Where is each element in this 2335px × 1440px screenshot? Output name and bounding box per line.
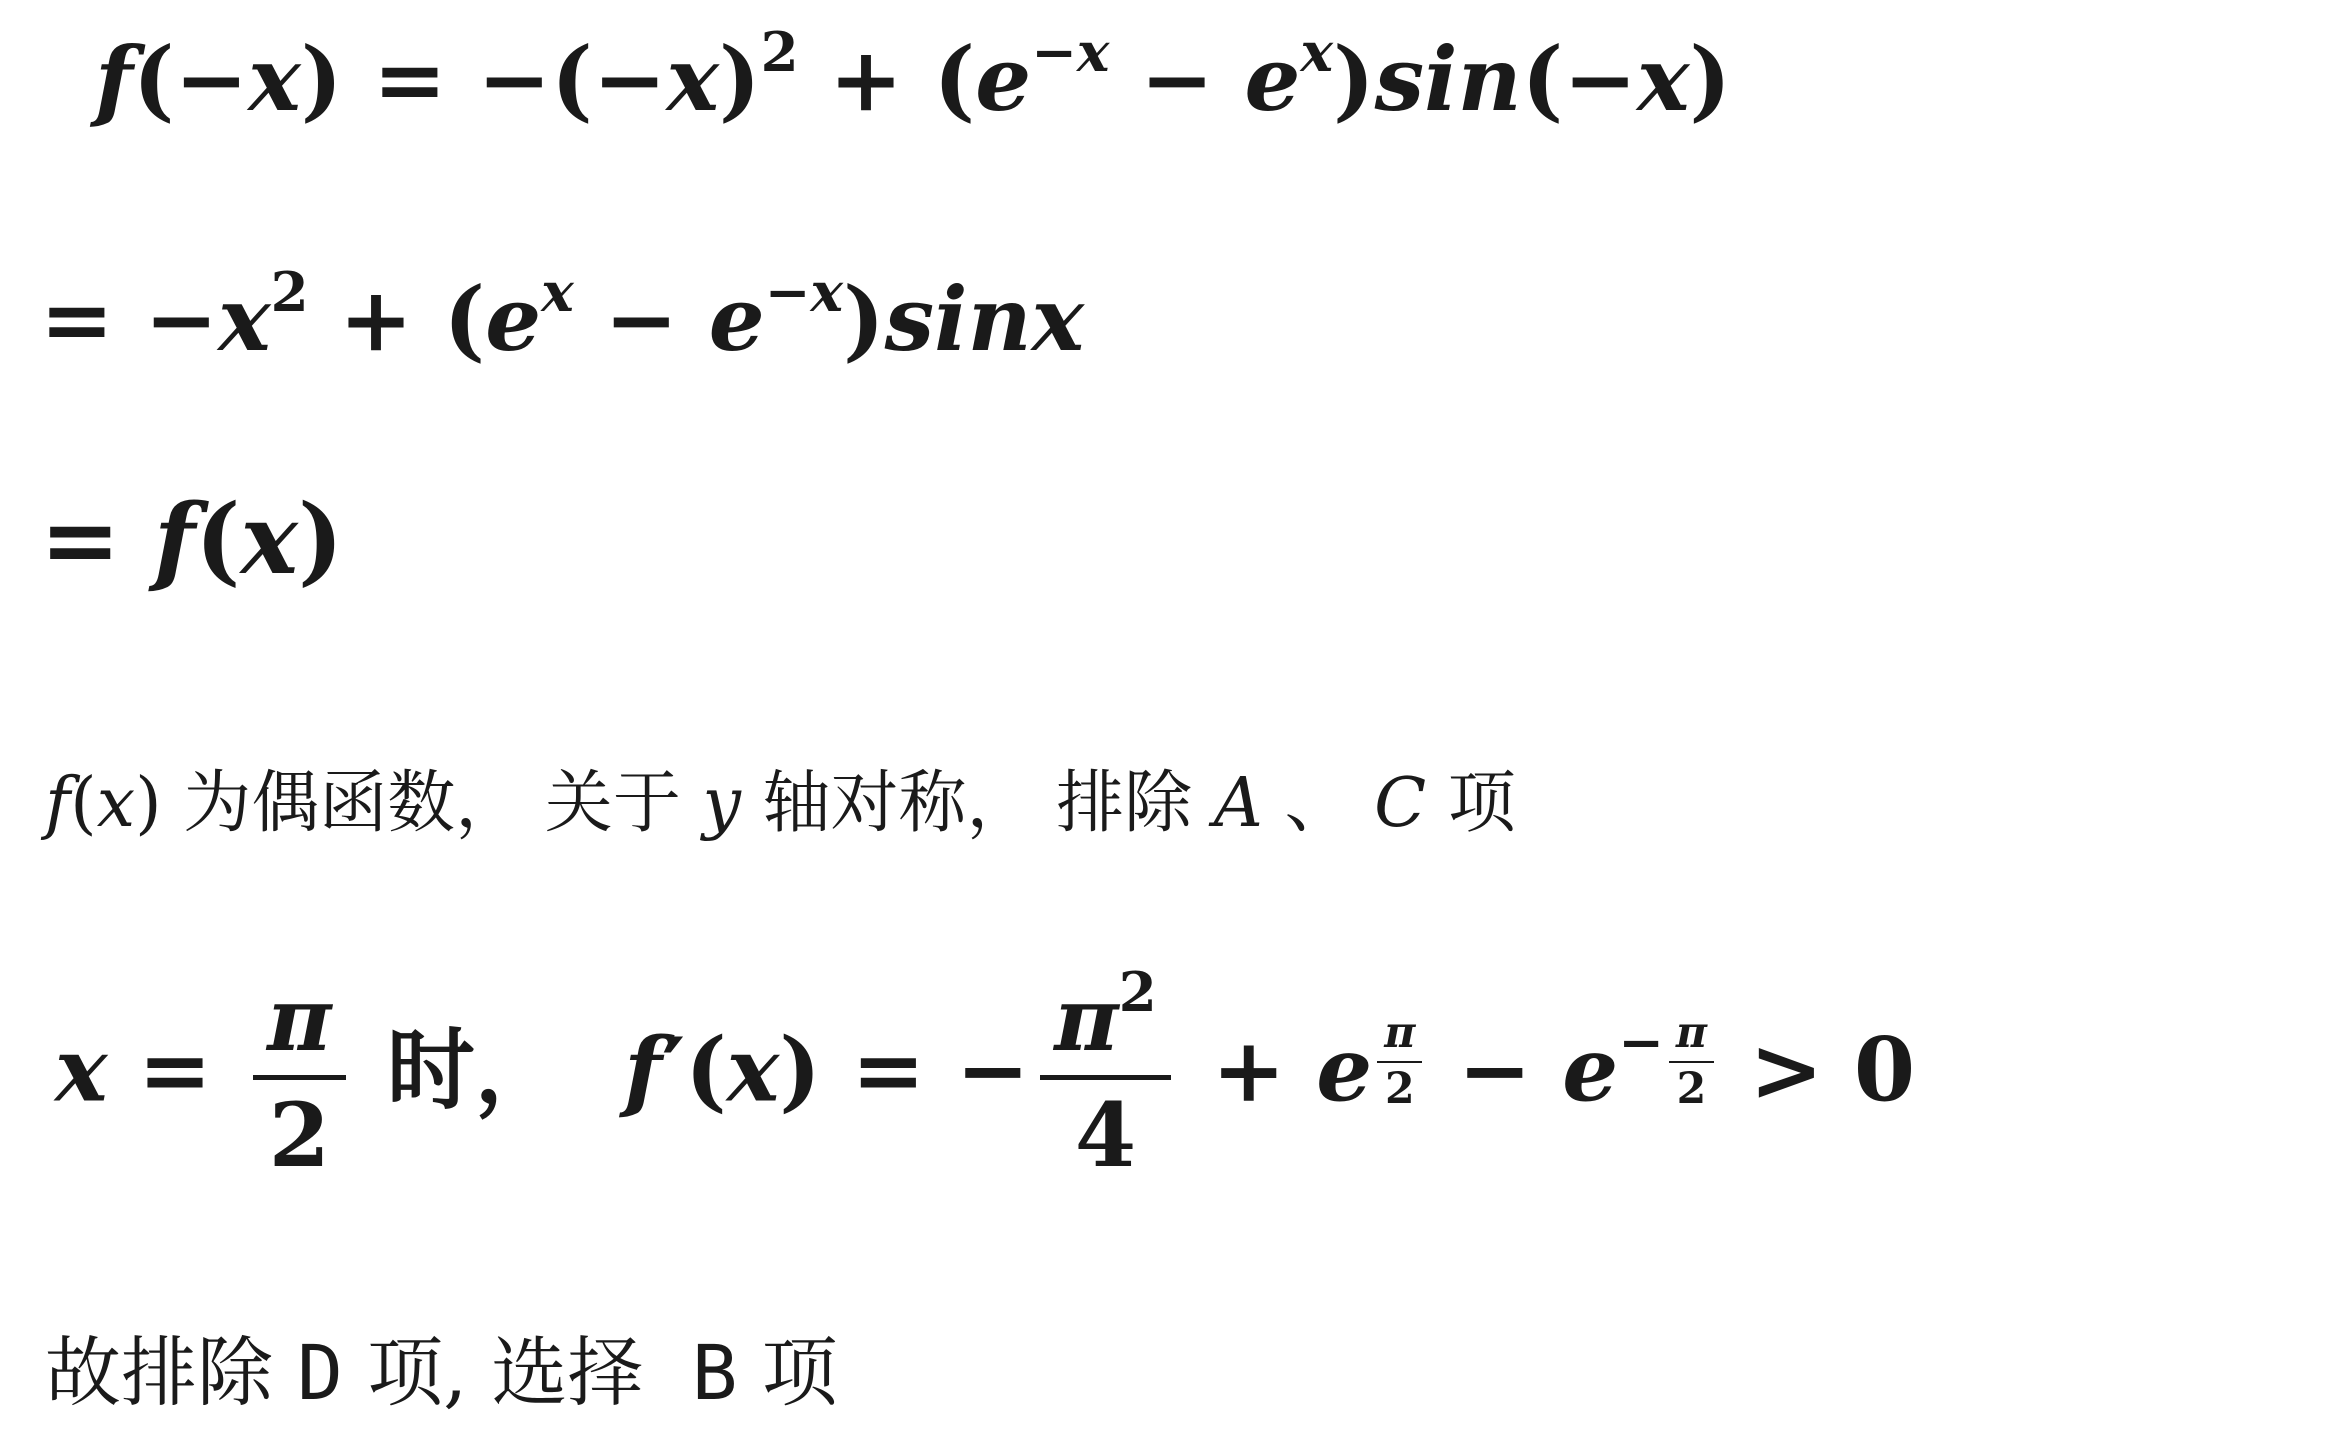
fraction: π2 bbox=[253, 972, 346, 1183]
math-token: x bbox=[248, 27, 300, 131]
fraction-denominator: 2 bbox=[1385, 1063, 1415, 1113]
math-token: ( bbox=[195, 483, 240, 596]
superscript: π2 bbox=[1372, 1010, 1427, 1074]
formula-simplified-expression: = −x2 + (ex − e−x)sinx bbox=[40, 262, 1084, 376]
math-token: = − bbox=[40, 267, 218, 371]
math-token: x bbox=[55, 1017, 107, 1121]
math-token: e bbox=[1244, 27, 1300, 131]
math-token: ) bbox=[298, 483, 343, 596]
math-token: ( bbox=[70, 764, 97, 843]
math-token: y bbox=[702, 764, 740, 843]
math-token: e bbox=[975, 27, 1031, 131]
superscript: x bbox=[541, 260, 574, 324]
math-token: ′( bbox=[662, 1017, 727, 1121]
math-token: ) bbox=[1333, 27, 1375, 131]
superscript: −x bbox=[765, 260, 843, 324]
math-token: ) = − bbox=[779, 1017, 1029, 1121]
math-token: f bbox=[95, 27, 133, 131]
math-token: − bbox=[765, 260, 811, 324]
math-token: 2 bbox=[761, 20, 799, 84]
math-token: x bbox=[810, 260, 843, 324]
math-token: ) bbox=[135, 764, 162, 843]
math-token: e bbox=[1316, 1017, 1372, 1121]
math-token: + ( bbox=[309, 267, 486, 371]
math-token: x bbox=[1077, 20, 1110, 84]
math-token: 故排除 bbox=[45, 1328, 297, 1417]
math-token: ) bbox=[719, 27, 761, 131]
math-token: − bbox=[1427, 1017, 1562, 1121]
fraction-numerator: π bbox=[1377, 1011, 1422, 1063]
math-token: − bbox=[1031, 20, 1077, 84]
fraction-numerator: π2 bbox=[1040, 972, 1171, 1080]
fraction-denominator: 2 bbox=[1677, 1063, 1707, 1113]
superscript: −x bbox=[1031, 20, 1109, 84]
math-token: = bbox=[40, 483, 154, 596]
math-token: ) bbox=[1689, 27, 1731, 131]
math-token: π bbox=[1384, 1008, 1415, 1058]
math-token: 时， bbox=[356, 1017, 624, 1121]
math-token: 项, 选择 bbox=[343, 1328, 692, 1417]
superscript: x bbox=[1300, 20, 1333, 84]
math-token: 2 bbox=[1677, 1064, 1707, 1114]
math-token: sinx bbox=[885, 267, 1084, 371]
math-token: − bbox=[1109, 27, 1244, 131]
superscript: 2 bbox=[271, 260, 309, 324]
fraction-numerator: π bbox=[1669, 1011, 1714, 1063]
fraction-denominator: 4 bbox=[1075, 1080, 1136, 1183]
math-token: x bbox=[541, 260, 574, 324]
fraction: π2 bbox=[1377, 1011, 1422, 1113]
math-token: π bbox=[1676, 1008, 1707, 1058]
fraction-numerator: π bbox=[253, 972, 346, 1080]
fraction-denominator: 2 bbox=[269, 1080, 330, 1183]
math-token: x bbox=[218, 267, 270, 371]
math-token: f bbox=[154, 483, 195, 596]
math-token: B bbox=[692, 1328, 738, 1417]
math-token: 2 bbox=[1119, 960, 1157, 1024]
math-token: 项 bbox=[738, 1328, 838, 1417]
math-token: 2 bbox=[269, 1083, 330, 1187]
math-token: + ( bbox=[799, 27, 976, 131]
formula-f-of-negative-x: f(−x) = −(−x)2 + (e−x − ex)sin(−x) bbox=[95, 22, 1731, 136]
math-token: f bbox=[45, 764, 70, 843]
text-conclusion-choose-b: 故排除 D 项, 选择 B 项 bbox=[45, 1324, 838, 1423]
math-token: x bbox=[1637, 27, 1689, 131]
math-token: > 0 bbox=[1719, 1017, 1915, 1121]
math-token: C bbox=[1374, 764, 1426, 843]
fraction: π24 bbox=[1040, 972, 1171, 1183]
math-token: x bbox=[1300, 20, 1333, 84]
math-token: + bbox=[1181, 1017, 1316, 1121]
superscript: −π2 bbox=[1618, 1010, 1719, 1074]
superscript: 2 bbox=[761, 20, 799, 84]
math-token: x bbox=[727, 1017, 779, 1121]
text-even-function-eliminate-a-c: f(x) 为偶函数， 关于 y 轴对称， 排除 A 、 C 项 bbox=[45, 760, 1516, 848]
solution-page: f(−x) = −(−x)2 + (e−x − ex)sin(−x) = −x2… bbox=[0, 0, 2335, 1440]
math-token: − bbox=[574, 267, 709, 371]
math-token: f bbox=[624, 1017, 662, 1121]
math-token: ) = −(− bbox=[301, 27, 667, 131]
math-token: x bbox=[666, 27, 718, 131]
math-token: (− bbox=[1522, 27, 1637, 131]
formula-derivative-at-pi-over-2-positive: x = π2 时， f′(x) = −π24 + eπ2 − e−π2 > 0 bbox=[55, 972, 1915, 1183]
math-token: 轴对称， 排除 bbox=[741, 764, 1214, 843]
fraction: π2 bbox=[1669, 1011, 1714, 1113]
math-token: A bbox=[1214, 764, 1263, 843]
math-token: x bbox=[241, 483, 298, 596]
math-token: x bbox=[97, 764, 135, 843]
math-token: 2 bbox=[271, 260, 309, 324]
math-token: − bbox=[1618, 1010, 1664, 1074]
math-token: 为偶函数， 关于 bbox=[162, 764, 703, 843]
math-token: sin bbox=[1375, 27, 1522, 131]
math-token: π bbox=[267, 967, 331, 1071]
math-token: 2 bbox=[1385, 1064, 1415, 1114]
math-token: ) bbox=[843, 267, 885, 371]
math-token: 项 bbox=[1426, 764, 1516, 843]
math-token: = bbox=[107, 1017, 242, 1121]
superscript: 2 bbox=[1119, 960, 1157, 1024]
formula-equals-f-of-x: = f(x) bbox=[40, 478, 343, 603]
math-token: 4 bbox=[1075, 1083, 1136, 1187]
math-token: 、 bbox=[1263, 764, 1374, 843]
math-token: D bbox=[297, 1328, 343, 1417]
math-token: e bbox=[709, 267, 765, 371]
math-token: e bbox=[485, 267, 541, 371]
math-token: π bbox=[1054, 967, 1118, 1071]
math-token: e bbox=[1562, 1017, 1618, 1121]
math-token: (− bbox=[133, 27, 248, 131]
